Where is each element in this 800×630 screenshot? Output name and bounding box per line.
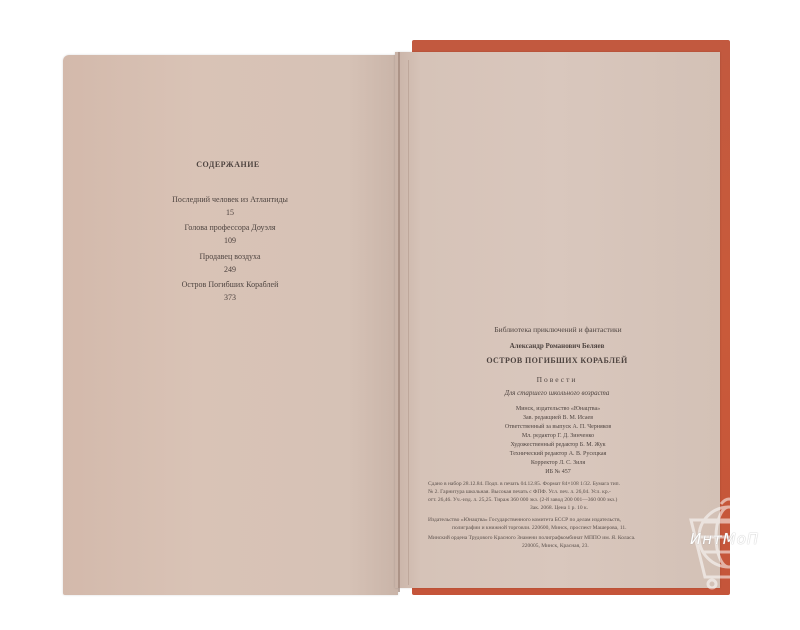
publisher-info-line: полиграфии и книжной торговли. 220600, М… (452, 525, 627, 531)
toc-item-page: 373 (224, 293, 236, 302)
credit-line: Минск, издательство «Юнацтва» (516, 406, 600, 412)
print-info-line: отт. 26,46. Уч.-изд. л. 25,25. Тираж 360… (428, 497, 617, 503)
print-info-line: № 2. Гарнитура школьная. Высокая печать … (428, 489, 611, 495)
print-info-line: Зак. 2068. Цена 1 р. 10 к. (530, 505, 588, 511)
toc-item-page: 249 (224, 265, 236, 274)
publisher-info-line: Минский ордена Трудового Красного Знамен… (428, 535, 635, 541)
credit-line: Мл. редактор Г. Д. Зинченко (522, 433, 594, 439)
watermark-text: ИнтМоП (690, 530, 759, 548)
publisher-info-line: Издательство «Юнацтва» Государственного … (428, 517, 621, 523)
credit-line: Ответственный за выпуск А. П. Черняков (505, 424, 611, 430)
toc-item-title: Голова профессора Доуэля (184, 223, 275, 232)
print-info-line: Сдано в набор 28.12.84. Подп. в печать 0… (428, 481, 620, 487)
spine-gutter (398, 52, 400, 592)
genre-label: Повести (537, 375, 578, 384)
toc-item-title: Последний человек из Атлантиды (172, 195, 288, 204)
credit-line: Зав. редакцией В. М. Исаев (523, 415, 593, 421)
audience-label: Для старшего школьного возраста (505, 389, 610, 397)
book-title: ОСТРОВ ПОГИБШИХ КОРАБЛЕЙ (486, 356, 627, 365)
series-name: Библиотека приключений и фантастики (494, 325, 621, 334)
open-book-photo: СОДЕРЖАНИЕ Последний человек из Атлантид… (0, 0, 800, 630)
toc-item-title: Остров Погибших Кораблей (182, 280, 279, 289)
toc-item-page: 109 (224, 236, 236, 245)
toc-heading: СОДЕРЖАНИЕ (196, 160, 260, 169)
left-page (63, 55, 398, 595)
credit-line: Художественный редактор Б. М. Жук (510, 442, 605, 448)
publisher-info-line: 220005, Минск, Красная, 23. (522, 543, 589, 549)
spine-stitching (408, 60, 409, 585)
credit-line: Технический редактор А. В. Русецкая (510, 451, 606, 457)
isbn-line: ИБ № 457 (545, 469, 571, 475)
credit-line: Корректор Л. С. Зиля (531, 460, 585, 466)
toc-item-title: Продавец воздуха (200, 252, 261, 261)
toc-item-page: 15 (226, 208, 234, 217)
author-name: Александр Романович Беляев (510, 342, 605, 350)
